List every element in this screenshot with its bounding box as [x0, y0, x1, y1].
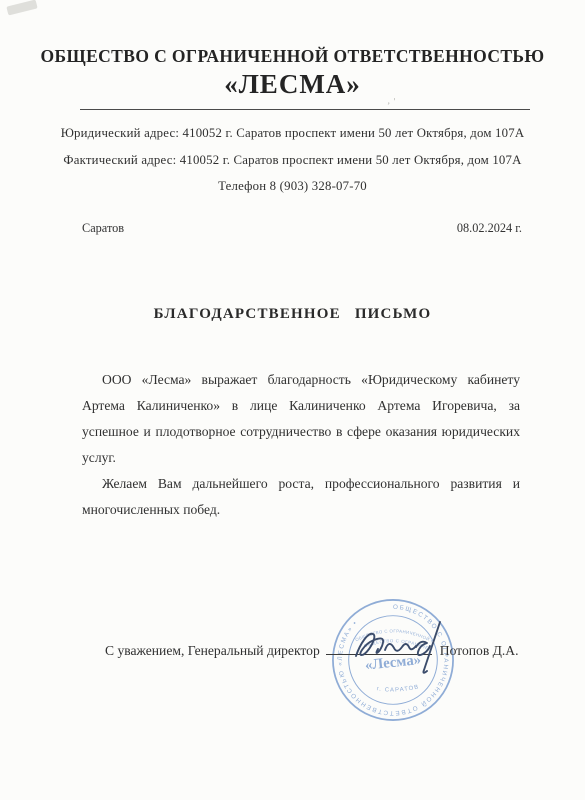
header-divider	[80, 109, 530, 110]
city-date-row: Саратов 08.02.2024 г.	[82, 221, 522, 236]
org-name-heading: «ЛЕСМА»	[0, 69, 585, 100]
document-title: БЛАГОДАРСТВЕННОЕ ПИСЬМО	[0, 306, 585, 323]
signoff-text: С уважением, Генеральный директор	[105, 643, 320, 659]
scanned-letter-page: ,' ОБЩЕСТВО С ОГРАНИЧЕННОЙ ОТВЕТСТВЕННОС…	[0, 0, 585, 800]
actual-address-line: Фактический адрес: 410052 г. Саратов про…	[0, 153, 585, 168]
legal-address-line: Юридический адрес: 410052 г. Саратов про…	[0, 126, 585, 141]
city-label: Саратов	[82, 221, 124, 236]
date-label: 08.02.2024 г.	[457, 221, 522, 236]
scan-artifact-corner	[6, 0, 37, 15]
phone-line: Телефон 8 (903) 328-07-70	[0, 179, 585, 194]
handwritten-signature	[352, 620, 452, 676]
signature-row: С уважением, Генеральный директор Потопо…	[105, 640, 545, 659]
body-paragraph-2: Желаем Вам дальнейшего роста, профессион…	[82, 471, 520, 523]
body-paragraph-1: ООО «Лесма» выражает благодарность «Юрид…	[82, 367, 520, 471]
org-type-heading: ОБЩЕСТВО С ОГРАНИЧЕННОЙ ОТВЕТСТВЕННОСТЬЮ	[0, 46, 585, 67]
stamp-bottom-text: г. САРАТОВ	[376, 684, 420, 693]
letter-body: ООО «Лесма» выражает благодарность «Юрид…	[82, 367, 520, 523]
